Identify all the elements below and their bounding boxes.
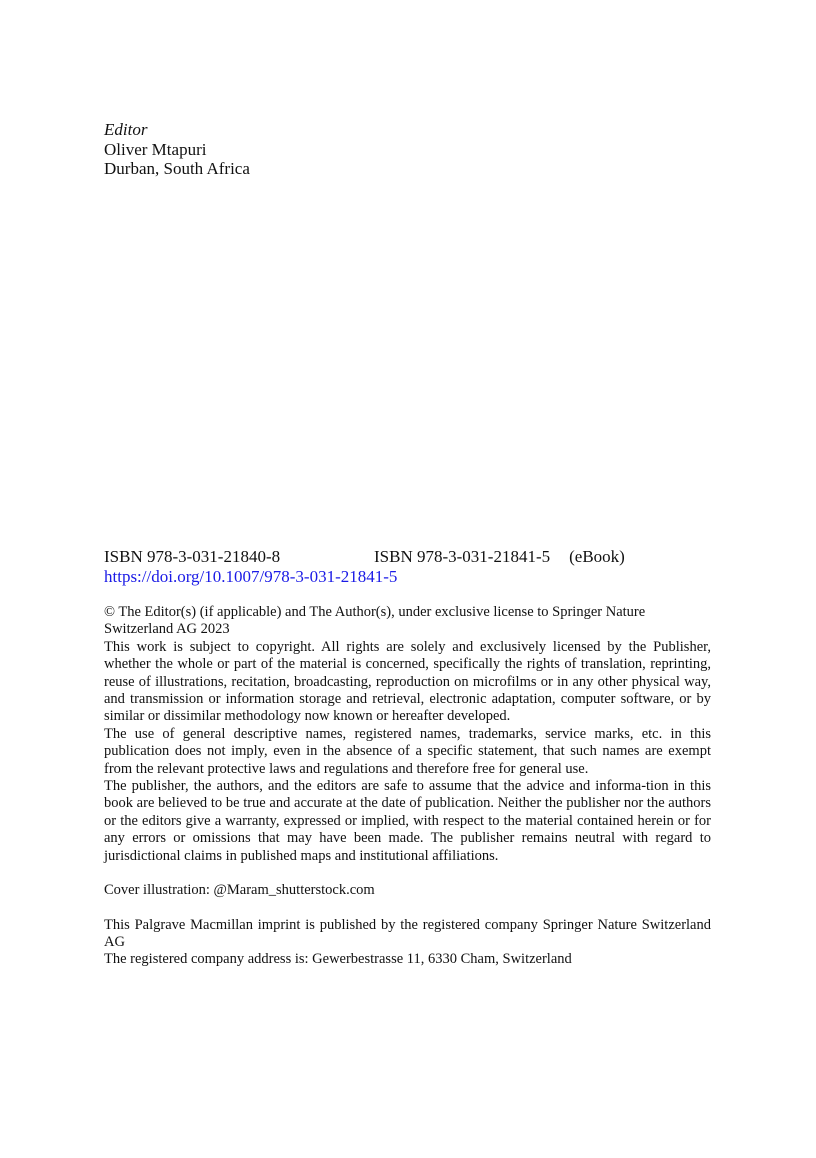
disclaimer-paragraph: The publisher, the authors, and the edit… <box>104 778 711 865</box>
isbn-ebook: ISBN 978-3-031-21841-5 <box>374 547 550 567</box>
cover-credit: Cover illustration: @Maram_shutterstock.… <box>104 882 711 899</box>
editor-name: Oliver Mtapuri <box>104 140 250 160</box>
legal-notice: © The Editor(s) (if applicable) and The … <box>104 604 711 969</box>
copyright-notice: © The Editor(s) (if applicable) and The … <box>104 604 711 639</box>
names-paragraph: The use of general descriptive names, re… <box>104 726 711 778</box>
editor-block: Editor Oliver Mtapuri Durban, South Afri… <box>104 120 250 179</box>
editor-location: Durban, South Africa <box>104 159 250 179</box>
doi-link[interactable]: https://doi.org/10.1007/978-3-031-21841-… <box>104 567 724 587</box>
isbn-block: ISBN 978-3-031-21840-8 ISBN 978-3-031-21… <box>104 547 724 587</box>
isbn-print: ISBN 978-3-031-21840-8 <box>104 547 374 567</box>
editor-role: Editor <box>104 120 250 140</box>
company-address: The registered company address is: Gewer… <box>104 951 711 968</box>
isbn-ebook-label: (eBook) <box>569 547 625 567</box>
rights-paragraph: This work is subject to copyright. All r… <box>104 639 711 726</box>
imprint-statement: This Palgrave Macmillan imprint is publi… <box>104 917 711 952</box>
